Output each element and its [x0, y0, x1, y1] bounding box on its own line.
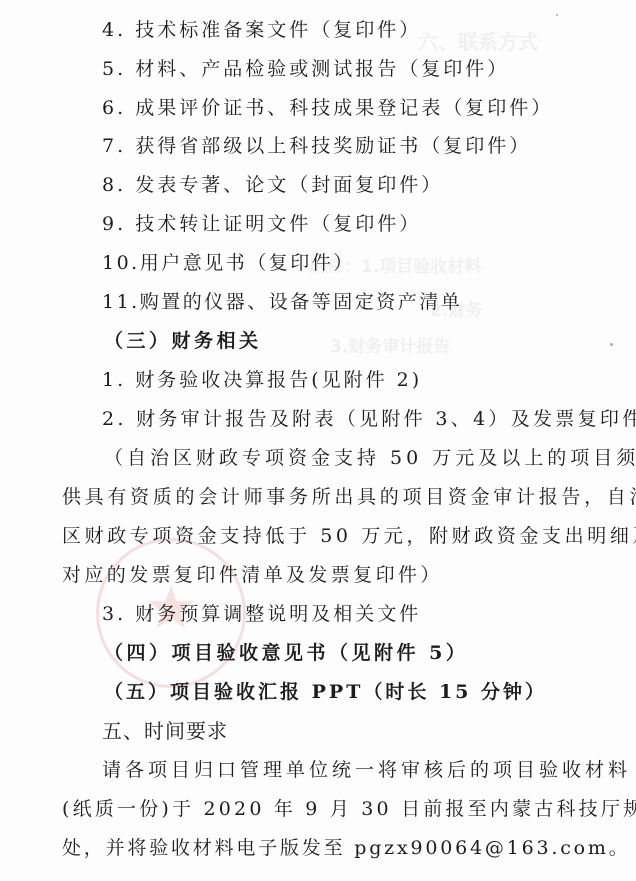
scan-speck — [610, 343, 613, 346]
list-item: 2. 财务审计报告及附表（见附件 3、4）及发票复印件 — [102, 407, 636, 431]
note-line: 供具有资质的会计师事务所出具的项目资金审计报告，自治 — [62, 485, 636, 509]
paragraph-line: 请各项目归口管理单位统一将审核后的项目验收材料 — [102, 758, 631, 782]
paragraph-line-email: 处，并将验收材料电子版发至 pgzx90064@163.com。 — [62, 836, 631, 860]
paragraph-line: (纸质一份)于 2020 年 9 月 30 日前报至内蒙古科技厅规划 — [62, 797, 636, 821]
note-line: 对应的发票复印件清单及发票复印件） — [62, 563, 443, 587]
section-heading-report-ppt: （五）项目验收汇报 PPT（时长 15 分钟） — [104, 680, 547, 704]
list-item: 11.购置的仪器、设备等固定资产清单 — [102, 290, 462, 314]
list-item-number: 6. — [102, 97, 126, 119]
list-item-text: 购置的仪器、设备等固定资产清单 — [140, 291, 463, 313]
list-item: 4. 技术标准备案文件（复印件） — [102, 18, 421, 42]
list-item-text: 材料、产品检验或测试报告（复印件） — [135, 58, 509, 80]
list-item: 3. 财务预算调整说明及相关文件 — [102, 602, 421, 626]
list-item-number: 9. — [102, 213, 126, 235]
list-item-number: 1. — [102, 369, 126, 391]
list-item: 7. 获得省部级以上科技奖励证书（复印件） — [102, 134, 531, 158]
list-item-number: 4. — [102, 19, 126, 41]
list-item-text: 技术标准备案文件（复印件） — [135, 19, 421, 41]
list-item-text: 获得省部级以上科技奖励证书（复印件） — [135, 135, 531, 157]
note-line: 区财政专项资金支持低于 50 万元，附财政资金支出明细及 — [62, 524, 636, 548]
list-item: 10.用户意见书（复印件） — [102, 251, 355, 275]
list-item-text: 用户意见书（复印件） — [140, 252, 355, 274]
bleed-through-text: 3.财务审计报告 — [330, 332, 450, 357]
heading-time-requirements: 五、时间要求 — [102, 719, 228, 743]
list-item-number: 5. — [102, 58, 126, 80]
list-item-text: 财务预算调整说明及相关文件 — [135, 603, 421, 625]
list-item-number: 8. — [102, 174, 126, 196]
note-line: （自治区财政专项资金支持 50 万元及以上的项目须提 — [104, 446, 636, 470]
list-item-number: 11. — [102, 291, 140, 313]
list-item-number: 7. — [102, 135, 126, 157]
bleed-through-text: 六、联系方式 — [418, 26, 538, 55]
list-item: 1. 财务验收决算报告(见附件 2) — [102, 368, 422, 392]
list-item-number: 10. — [102, 252, 140, 274]
scan-speck — [556, 14, 558, 16]
list-item-text: 财务验收决算报告(见附件 2) — [135, 369, 422, 391]
list-item-text: 成果评价证书、科技成果登记表（复印件） — [135, 97, 553, 119]
list-item: 8. 发表专著、论文（封面复印件） — [102, 173, 443, 197]
section-heading-finance: （三）财务相关 — [104, 329, 262, 353]
section-heading-acceptance-opinion: （四）项目验收意见书（见附件 5） — [104, 641, 468, 665]
list-item: 5. 材料、产品检验或测试报告（复印件） — [102, 57, 509, 81]
list-item: 9. 技术转让证明文件（复印件） — [102, 212, 421, 236]
list-item-number: 2. — [102, 408, 127, 430]
list-item-text: 财务审计报告及附表（见附件 3、4）及发票复印件 — [136, 408, 636, 430]
list-item-text: 技术转让证明文件（复印件） — [135, 213, 421, 235]
list-item: 6. 成果评价证书、科技成果登记表（复印件） — [102, 96, 553, 120]
document-page: 六、联系方式 附件：1.项目验收材料 2.财务 3.财务审计报告 ★ 4. 技术… — [0, 0, 636, 881]
list-item-text: 发表专著、论文（封面复印件） — [135, 174, 443, 196]
list-item-number: 3. — [102, 603, 126, 625]
